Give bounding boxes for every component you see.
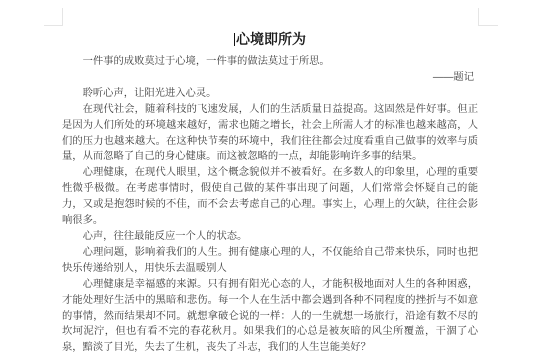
page-margin-mark-top-right [478, 8, 498, 26]
epigraph-signature[interactable]: ——题记 [62, 70, 478, 86]
document-content[interactable]: 心境即所为 一件事的成败莫过于心境，一件事的做法莫过于所思。 ——题记 聆听心声… [62, 25, 478, 356]
paragraph[interactable]: 在现代社会，随着科技的飞速发展，人们的生活质量日益提高。这固然是件好事。但正是因… [62, 102, 478, 166]
text-cursor [234, 33, 235, 46]
paragraph[interactable]: 心理健康，在现代人眼里，这个概念貌似并不被看好。在多数人的印象里，心理的重要性微… [62, 165, 478, 229]
document-title-text: 心境即所为 [236, 31, 306, 47]
paragraph[interactable]: 心声，往往最能反应一个人的状态。 [62, 229, 478, 245]
epigraph-quote[interactable]: 一件事的成败莫过于心境，一件事的做法莫过于所思。 [62, 54, 478, 70]
paragraph[interactable]: 心理问题，影响着我们的人生。拥有健康心理的人，不仅能给自己带来快乐，同时也把快乐… [62, 245, 478, 277]
document-paragraphs: 聆听心声，让阳光进入心灵。在现代社会，随着科技的飞速发展，人们的生活质量日益提高… [62, 86, 478, 356]
paragraph[interactable]: 心理健康是幸福感的来源。只有拥有阳光心态的人，才能积极地面对人生的各种困惑，才能… [62, 277, 478, 357]
paragraph[interactable]: 聆听心声，让阳光进入心灵。 [62, 86, 478, 102]
document-title[interactable]: 心境即所为 [62, 25, 478, 54]
page-margin-mark-top-left [44, 8, 63, 26]
document-page: 心境即所为 一件事的成败莫过于心境，一件事的做法莫过于所思。 ——题记 聆听心声… [0, 0, 534, 360]
